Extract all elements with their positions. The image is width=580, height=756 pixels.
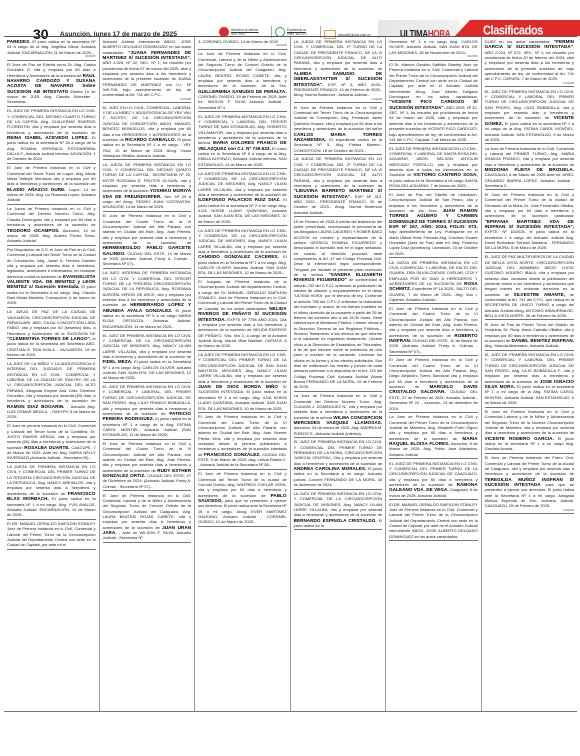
legal-notice: EL JUEZ DE PRIMERA INSTANCIA EN LO CIVIL… [7,108,96,163]
notice-text: EL JUEZ DE PAZ MULTIFUEROS DE LA CIUDAD … [485,254,574,296]
classifieds-columns: PAREDES. El juicio radica en la secretar… [4,36,577,711]
legal-notice: El Juez de Primera Instancia en lo Civil… [103,441,192,491]
notice-deceased-name: ANDREA CAROLINA MORALES. [294,466,367,471]
page-header: 30 Asunción, lunes 17 de marzo de 2025 A… [0,0,580,36]
legal-notice: EL JUEZ DE PRIMERA INSTANCIA EN LO CIVIL… [389,461,478,500]
notice-text: LA JUEZA DE PRIMERA INSTANCIA EN LO CIVI… [294,39,383,71]
notice-text: El Juez de Primera Instancia en lo Civil… [294,105,383,131]
notice-text: 15 de Febrero de 2025 A mérito del testi… [294,219,383,277]
notice-text: El Juez de Primera Instancia del Fuero C… [485,455,574,476]
column-5: Secretaría Nº 1 a mi cargo Abg. CARLOS O… [386,37,482,711]
notice-text: La Juez de Primera Instancia en lo Civil… [485,146,574,167]
notice-text: el juicio radica en la Secretaría a mi c… [389,178,478,188]
notice-text: El DR. MANUEL GERALDO SAIFILDIN STANLEY … [389,502,478,539]
notice-deceased-name: "CLEMENTINA TORRES DE LARGO". [7,336,91,341]
notice-code: 01/2025 [294,98,383,102]
notice-code: 01/2025 [7,55,96,59]
legal-notice: El Juez de Primera Instancia en lo Civil… [389,306,478,356]
legal-notice: EL JUEZ EN LO CIVIL, COMERCIAL, LABORAL … [103,105,192,160]
notice-text: , AÑO 2.024, Nº 572, SEC. Nº 1, ha resue… [485,44,574,81]
legal-notice: El Juez de Primera Instancia en lo Civil… [103,213,192,268]
legal-notice: La Juez de Primera Instancia en lo Civil… [198,51,287,112]
legal-notice: El Juez de Primera Instancia en lo Civil… [485,192,574,253]
legal-notice: PAREDES. El juicio radica en la secretar… [7,39,96,61]
notice-deceased-name: REINA ISABEL ACEVEDO LOPEZ. [7,135,89,140]
notice-text: AÑO 2025, Nº 32, SEC. Nº 1, ha resuelto … [389,105,478,142]
notice-deceased-name: MIGDONIA FLEITA DE BRIZUELA. [485,167,574,172]
notice-text: El Juez de Primera Instancia en lo Civil… [7,165,96,186]
bottom-rule [4,711,577,712]
notice-text: EL JUEZ DE PRIMERA INSTANCIA EN LO CIVIL… [294,439,383,465]
legal-notice: Por Disposición de S.S. el Juez de Paz e… [7,247,96,308]
notice-text: LA JUEZA DE PAZ DE LA CIUDAD DE YAGUARON… [7,309,96,335]
legal-notice: LA JUEZA DE PRIMERA INSTANCIA EN LO CIVI… [7,464,96,519]
notice-deceased-name: JUAN DE DIOS BORDA MIÑO [198,384,278,389]
notice-code: 01/2025 [485,82,574,86]
notice-deceased-name: DANIEL BENITEZ INSFRAN. [512,338,574,343]
legal-notice: El Juez de Primera Instancia en lo Civil… [103,493,192,543]
legal-notice: LA JUEZ DE LA NIÑEZ Y LA ADOLESCENCIA E … [7,361,96,422]
notice-text: Abg. Yolanda Altamirano, Actuaria Judici… [485,343,561,348]
legal-notice: El DR. MANUEL GERALDO SAIFILDIN STANLEY … [389,502,478,541]
notice-text: LA JUEZA DE PRIMERA INSTANCIA EN LO CIVI… [294,156,383,188]
notice-text: de conformidad al artículo 732 del C.P.C… [294,277,383,389]
notice-text: CAAGUAZU, 6 de Marzo de 2025 Ante mí: AR… [485,172,574,188]
notice-deceased-name: ELADIO AÑAZCO DURE. [7,187,66,192]
notice-deceased-name: ROSALBA DUARTE. [24,445,70,450]
notice-text: La Juez de Primera Instancia en lo Civil… [198,51,287,88]
notice-text: El Juez de Primera Instancia en lo Civil… [485,409,574,435]
notice-text: EXPTE Nº 7798 AÑO 2024. Cita y emplaza p… [198,317,287,349]
notice-text: Secretaría Nº 1 a mi cargo Abg. CARLOS O… [389,39,478,55]
notice-deceased-name: FRANCISCO GONZÁLEZ. [204,452,261,457]
notice-deceased-name: VICTORIO CANTERO SOSA, [413,172,477,177]
legal-notice: El Juez de Primera Instancia en lo Civil… [198,414,287,469]
notice-deceased-name: PAREDES. [7,39,31,44]
notice-deceased-name: CANDIDO GONZALEZ CACERES. [198,254,279,259]
legal-notice: EL JUEZ DE PRIMERA INSTANCIA EN LO CIVIL… [294,439,383,489]
notice-text: LA JUEZ DE PRIMERA INSTANCIA EN LO CIVIL… [294,491,383,517]
legal-notice: Actuario Judicial interviniente ABOG. JO… [103,39,192,103]
notice-text: AÑO 2.025, Nº 42, SEC. Nº 1, ha resuelto… [103,60,192,97]
notice-text: EL JUEZ DE PRIMERA INSTANCIA EN LO CIVIL… [7,108,96,134]
column-1: PAREDES. El juicio radica en la secretar… [4,37,100,711]
notice-text: 4. CORONEL OVIEDO, 13 de Marzo de 2025 [198,39,278,44]
notice-deceased-name: GUILLERMINA SAMUDIO DE PERALTA. [198,89,287,94]
legal-notice: LA JUEZA DE PRIMERA INSTANCIA EN LO CIVI… [294,39,383,103]
legal-notice: GUEZ en los autos caratulados: "FERMIN G… [485,39,574,87]
legal-notice: El Juez de primera instancia en lo Civil… [7,423,96,462]
notice-code: 01/2025 [485,509,574,513]
legal-notice: La Juez de Primera Instancia en lo Civil… [389,414,478,459]
notice-text: CORONEL OVIEDO, 19 de Febrero de 2025. A… [198,94,287,110]
column-3: 4. CORONEL OVIEDO, 13 de Marzo de 202501… [195,37,291,711]
column-2: Actuario Judicial interviniente ABOG. JO… [100,37,196,711]
notice-code: 01/2025 [198,44,287,48]
legal-notice: 15 de Febrero de 2025 A mérito del testi… [294,219,383,392]
legal-notice: LA JUEZA DE PRIMERA INSTANCIA EN LO CIVI… [389,260,478,305]
notice-text: La Jueza de Primera Instancia en lo Civi… [7,206,96,227]
legal-notice: LA JUEZ DE PRIMERA INSTANCIA EN LO CIVIL… [294,491,383,530]
legal-notice: LA JUEZA DE PRIMERA INSTANCIA EN LO CIVI… [294,156,383,217]
notice-deceased-name: TEODORO OCAMPOS. [7,228,60,233]
notice-text: Asunción, 04 de marzo de 2025. Abg. ANDR… [294,425,383,435]
notice-code: 01/2025 [103,98,192,102]
legal-notice: La Jueza de Primera Instancia en lo Civi… [7,206,96,245]
notice-deceased-name: SILVESTRE AMANTE, [514,292,565,297]
legal-notice: El Juez de Paz de Edelira turno Dr. Abg.… [7,62,96,107]
notice-text: LA JUEZ DE LA NIÑEZ Y LA ADOLESCENCIA E … [7,361,96,403]
legal-notice: El Juez de Primera Instancia en lo Civil… [294,105,383,155]
legal-notice: EL JUEZ DE PRIMERA INSTANCIA EN LO CIVIL… [389,146,478,191]
legal-notice: LA JUEZ INTERINA DE PRIMERA INSTANCIA EN… [103,270,192,331]
notice-deceased-name: VICENTE ROMERO GARCIA. [485,436,554,441]
notice-text: El Juez de Primera Instancia en lo Civil… [198,414,287,456]
legal-notice: EL JUEZ DE PAZ MULTIFUEROS DE LA CIUDAD … [485,254,574,320]
notice-text: LA JUEZ DE PRIMERA INSTANCIA EN LO CIVIL… [198,352,287,384]
notice-text: El Juez de Primera Instancia en lo Civil… [485,192,574,218]
notice-text: LA JUEZ DE PRIMERA INSTANCIA EN LO CIVIL… [198,228,287,254]
legal-notice: La Juez de Primera Instancia en lo Civil… [485,146,574,191]
notice-deceased-name: RICARDO CARBALLO. [125,137,176,142]
legal-notice: El Juez de Primera Instancia en lo Civil… [485,409,574,454]
legal-notice: LA JUEZ DE PRIMERA INSTANCIA EN LO CIVIL… [198,352,287,413]
legal-notice: LA JUEZ DE PRIMERA INSTANCIA EN LO CIVIL… [198,228,287,278]
legal-notice: El Juez de Paz de Primer Turno del Distr… [485,322,574,351]
column-4: LA JUEZA DE PRIMERA INSTANCIA EN LO CIVI… [291,37,387,711]
notice-deceased-name: RAMON DIAZ BOGARIN. [7,404,64,409]
notice-text: El DR. MANUEL GERALDO SAIFILDIN STANLEY … [7,521,96,547]
legal-notice: La Juez de Primera Instancia en lo Civil… [294,393,383,438]
legal-notice: El Dr. Manuel Geraldo Saifildin Stanley … [389,62,478,144]
column-6: GUEZ en los autos caratulados: "FERMIN G… [482,37,577,711]
newspaper-page: 30 Asunción, lunes 17 de marzo de 2025 A… [0,0,580,756]
legal-notice: El Juez de Primera Instancia del Fuero C… [485,455,574,514]
notice-text: El Juez de Primera Instancia en lo Civil… [103,213,192,245]
notice-deceased-name: FIDEL MEZA. [103,359,133,364]
legal-notice: EL JUEZ DE PRIMERA INSTANCIA EN LO CIVIL… [485,352,574,407]
notice-deceased-name: BERNARDO ESPINOLA CRISTALDO. [294,518,377,523]
legal-notice: El Juez de Primera Instancia en lo Civil… [198,471,287,526]
legal-notice: El Juez de Primera Instancia en lo Civil… [389,357,478,412]
legal-notice: El Juzgado de Primera Instancia de la Ci… [198,279,287,350]
legal-notice: El Juez de Primera Instancia en lo Civil… [7,165,96,204]
notice-text: LA JUEZ DE PRIMERA INSTANCIA EN LO CIVIL… [198,171,287,197]
notice-text: bajo apercibimiento de Ley. Publíquese e… [389,229,478,255]
legal-notice: 4. CORONEL OVIEDO, 13 de Marzo de 202501… [198,39,287,50]
legal-notice: El Juez de Paz del Distrito de Liberació… [389,192,478,258]
legal-notice: EL JUEZ DE PRIMERA INSTANCIA EN LO CIVIL… [103,384,192,439]
legal-notice: El DR. MANUEL GERALDO SAIFILDIN STANLEY … [7,521,96,550]
legal-notice: EL JUEZ DE PRIMERA INSTANCIA EN LO CIVIL… [485,89,574,144]
notice-text: - Ante mí WILSON F. SILVA, Actuario Judi… [103,530,192,540]
legal-notice: EL JUEZ DE PRIMERA INSTANCIA EN LO CIVIL… [198,114,287,169]
notice-text: EXPTE. Nº 10/2025, el juicio radica en l… [485,229,574,250]
legal-notice: EL JUEZ DE PRIMERA INSTANCIA EN LO CIVIL… [103,333,192,383]
legal-notice: LA JUEZ DE PRIMERA INSTANCIA EN LO CIVIL… [198,171,287,226]
legal-notice: Secretaría Nº 1 a mi cargo Abg. CARLOS O… [389,39,478,61]
notice-deceased-name: "EPIFANIA MARTINEZ VDA DE INSFRAN S/ SUC… [485,219,574,229]
notice-code: 01/2025 [389,55,478,59]
notice-text: El Dr. Manuel Geraldo Saifildin Stanley … [389,62,478,99]
notice-text: EL JUEZ DE PRIMERA INSTANCIA EN LO CIVIL… [103,333,192,359]
notice-deceased-name: ILDEFONSO PALACIOS RUIZ DIAZ. [198,197,281,202]
legal-notice: LA JUEZA DE PRIMERA INSTANCIA EN LO CIVI… [103,162,192,212]
legal-notice: LA JUEZA DE PAZ DE LA CIUDAD DE YAGUARON… [7,309,96,359]
